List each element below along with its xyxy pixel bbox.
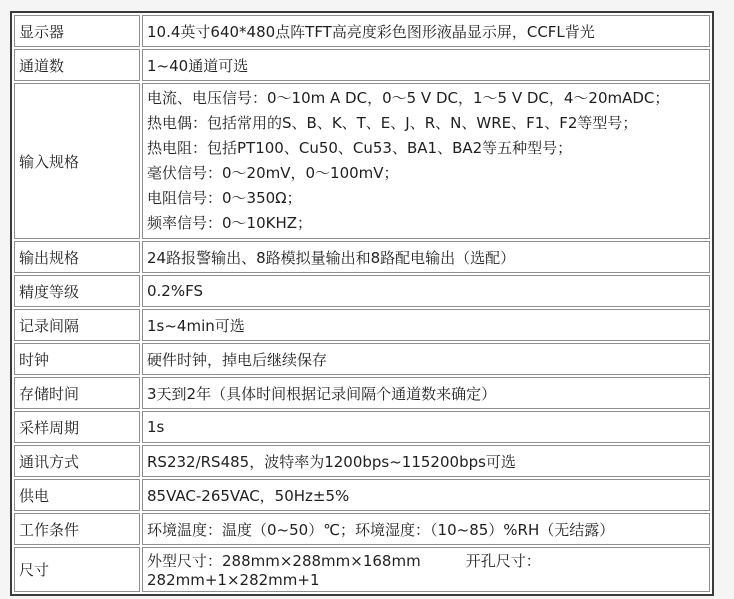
spec-value-line: 热电偶：包括常用的S、B、K、T、E、J、R、N、WRE、F1、F2等型号； [147,111,705,136]
spec-table-body: 显示器 10.4英寸640*480点阵TFT高亮度彩色图形液晶显示屏，CCFL背… [14,15,710,592]
spec-value: 24路报警输出、8路模拟量输出和8路配电输出（选配） [142,241,710,273]
spec-label: 显示器 [14,15,140,47]
table-row: 存储时间 3天到2年（具体时间根据记录间隔个通道数来确定） [14,377,710,409]
table-row: 供电 85VAC-265VAC，50Hz±5% [14,479,710,511]
spec-value-line: 频率信号：0～10KHZ； [147,211,705,236]
table-row: 工作条件 环境温度：温度（0~50）℃；环境湿度：（10~85）%RH（无结露） [14,513,710,545]
spec-value: 3天到2年（具体时间根据记录间隔个通道数来确定） [142,377,710,409]
spec-value: 85VAC-265VAC，50Hz±5% [142,479,710,511]
spec-value: 10.4英寸640*480点阵TFT高亮度彩色图形液晶显示屏，CCFL背光 [142,15,710,47]
spec-value: 硬件时钟，掉电后继续保存 [142,343,710,375]
table-row: 显示器 10.4英寸640*480点阵TFT高亮度彩色图形液晶显示屏，CCFL背… [14,15,710,47]
spec-label: 通讯方式 [14,445,140,477]
spec-value: 环境温度：温度（0~50）℃；环境湿度：（10~85）%RH（无结露） [142,513,710,545]
table-row: 通讯方式 RS232/RS485，波特率为1200bps~115200bps可选 [14,445,710,477]
spec-value: 电流、电压信号：0～10m A DC，0～5 V DC，1～5 V DC，4～2… [142,83,710,239]
spec-value-line: 电流、电压信号：0～10m A DC，0～5 V DC，1～5 V DC，4～2… [147,86,705,111]
spec-value-line: 毫伏信号：0～20mV，0～100mV； [147,161,705,186]
table-row: 时钟 硬件时钟，掉电后继续保存 [14,343,710,375]
table-row: 采样周期 1s [14,411,710,443]
spec-value: 0.2%FS [142,275,710,307]
spec-label: 输入规格 [14,83,140,239]
spec-table: 显示器 10.4英寸640*480点阵TFT高亮度彩色图形液晶显示屏，CCFL背… [10,11,714,596]
spec-value: 1~40通道可选 [142,49,710,81]
spec-label: 存储时间 [14,377,140,409]
table-row: 通道数 1~40通道可选 [14,49,710,81]
table-row: 输出规格 24路报警输出、8路模拟量输出和8路配电输出（选配） [14,241,710,273]
spec-label: 记录间隔 [14,309,140,341]
table-row: 尺寸 外型尺寸：288mm×288mm×168mm 开孔尺寸：282mm+1×2… [14,547,710,592]
spec-value: RS232/RS485，波特率为1200bps~115200bps可选 [142,445,710,477]
spec-label: 供电 [14,479,140,511]
spec-label: 尺寸 [14,547,140,592]
table-row: 输入规格 电流、电压信号：0～10m A DC，0～5 V DC，1～5 V D… [14,83,710,239]
spec-label: 输出规格 [14,241,140,273]
spec-value-line: 电阻信号：0～350Ω； [147,186,705,211]
spec-value-line: 热电阻：包括PT100、Cu50、Cu53、BA1、BA2等五种型号； [147,136,705,161]
spec-label: 工作条件 [14,513,140,545]
spec-value: 外型尺寸：288mm×288mm×168mm 开孔尺寸：282mm+1×282m… [142,547,710,592]
spec-label: 采样周期 [14,411,140,443]
spec-value: 1s [142,411,710,443]
page: 显示器 10.4英寸640*480点阵TFT高亮度彩色图形液晶显示屏，CCFL背… [0,0,734,599]
spec-label: 通道数 [14,49,140,81]
table-row: 记录间隔 1s~4min可选 [14,309,710,341]
spec-value: 1s~4min可选 [142,309,710,341]
spec-label: 精度等级 [14,275,140,307]
spec-label: 时钟 [14,343,140,375]
table-row: 精度等级 0.2%FS [14,275,710,307]
